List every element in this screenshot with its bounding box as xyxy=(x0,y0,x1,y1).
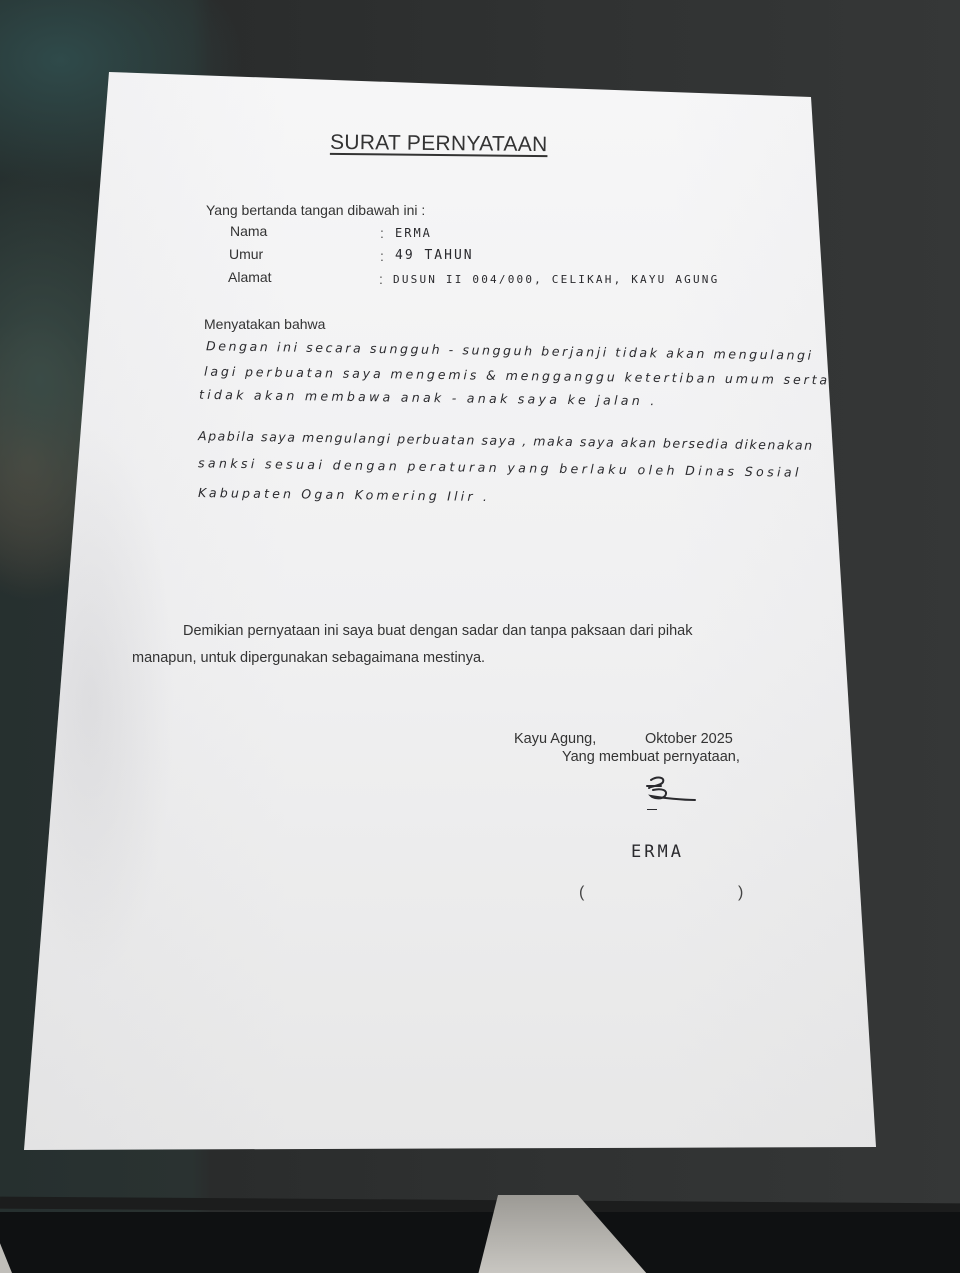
paren-close: ) xyxy=(738,884,743,902)
letter-title: SURAT PERNYATAAN xyxy=(330,131,548,157)
statement-line: Dengan ini secara sungguh - sungguh berj… xyxy=(206,338,814,363)
consequence-line: Kabupaten Ogan Komering Ilir . xyxy=(198,485,490,504)
field-value-umur: 49 TAHUN xyxy=(395,248,474,263)
date: Oktober 2025 xyxy=(645,731,733,747)
field-label-umur: Umur xyxy=(229,246,263,262)
signer-label: Yang membuat pernyataan, xyxy=(562,749,740,765)
field-label-nama: Nama xyxy=(230,223,267,239)
statement-line: tidak akan membawa anak - anak saya ke j… xyxy=(199,387,658,408)
field-value-nama: ERMA xyxy=(395,226,432,240)
field-value-alamat: DUSUN II 004/000, CELIKAH, KAYU AGUNG xyxy=(393,273,719,286)
statement-letter: SURAT PERNYATAAN Yang bertanda tangan di… xyxy=(0,0,960,1273)
field-label-alamat: Alamat xyxy=(228,269,272,285)
intro-text: Yang bertanda tangan dibawah ini : xyxy=(206,202,425,218)
paren-open: ( xyxy=(579,884,584,902)
colon: : xyxy=(379,271,383,287)
consequence-line: sanksi sesuai dengan peraturan yang berl… xyxy=(198,455,802,479)
signer-name: ERMA xyxy=(631,842,684,862)
consequence-line: Apabila saya mengulangi perbuatan saya ,… xyxy=(198,428,814,453)
place: Kayu Agung, xyxy=(514,731,596,747)
closing-line: manapun, untuk dipergunakan sebagaimana … xyxy=(132,650,485,666)
colon: : xyxy=(380,225,384,241)
colon: : xyxy=(380,248,384,264)
statement-heading: Menyatakan bahwa xyxy=(204,316,325,332)
signature xyxy=(643,774,703,810)
statement-line: lagi perbuatan saya mengemis & menggangg… xyxy=(204,364,830,388)
closing-line: Demikian pernyataan ini saya buat dengan… xyxy=(183,623,692,639)
